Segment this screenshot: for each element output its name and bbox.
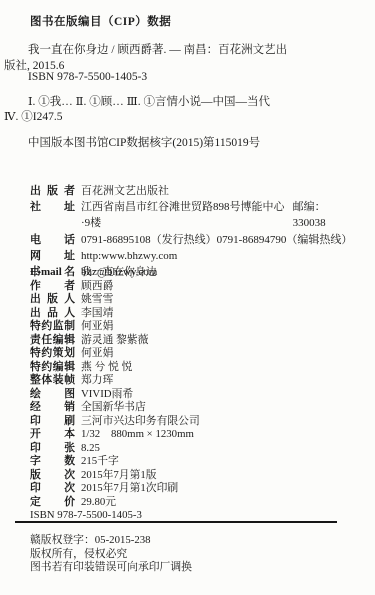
field-label: 印次 [30,482,75,496]
field-value: VIVID雨希 [81,388,133,402]
copyright-notice: 版权所有，侵权必究 [30,548,375,562]
field-label: 网址 [30,248,75,264]
cip-classification-line1: Ⅰ. ①我… Ⅱ. ①顾… Ⅲ. ①言情小说—中国—当代 [0,95,375,110]
postal-code: 邮编：330038 [293,199,355,231]
row-special-supervisor: 特约监制 何亚娟 [0,320,375,334]
field-label: 整体装帧 [30,374,75,388]
field-value: 1/32 880mm × 1230mm [81,428,194,442]
row-special-planner: 特约策划 何亚娟 [0,347,375,361]
field-label: 绘图 [30,388,75,402]
row-address: 社址 江西省南昌市红谷滩世贸路898号博能中心·9楼 邮编：330038 [0,199,375,231]
row-phone: 电话 0791-86895108（发行热线）0791-86894790（编辑热线… [0,232,375,248]
cip-record-number: 中国版本图书馆CIP数据核字(2015)第115019号 [0,134,375,150]
field-value: 何亚娟 [81,320,113,334]
field-label: 字数 [30,455,75,469]
copyright-page: 图书在版编目（CIP）数据 我一直在你身边 / 顾西爵著. — 南昌：百花洲文艺… [0,0,375,595]
field-value: 何亚娟 [81,347,113,361]
row-special-editor: 特约编辑 燕 兮 悦 悦 [0,361,375,375]
row-author: 作者 顾西爵 [0,280,375,294]
field-label: 定价 [30,496,75,510]
field-label: 印张 [30,442,75,456]
row-word-count: 字数 215千字 [0,455,375,469]
cip-header: 图书在版编目（CIP）数据 [30,13,171,29]
field-value: 游灵通 黎紫薇 [81,334,148,348]
field-label: 社址 [30,199,75,215]
row-sheets: 印张 8.25 [0,442,375,456]
field-value: 三河市兴达印务有限公司 [81,415,200,429]
field-label: 出品人 [30,307,75,321]
row-format: 开本 1/32 880mm × 1230mm [0,428,375,442]
row-responsible-editor: 责任编辑 游灵通 黎紫薇 [0,334,375,348]
field-value: http:www.bhzwy.com [81,248,177,264]
row-distributor: 经销 全国新华书店 [0,401,375,415]
field-value: 姚雪雪 [81,293,113,307]
field-value: 江西省南昌市红谷滩世贸路898号博能中心·9楼 [81,199,293,231]
field-value: 215千字 [81,455,119,469]
row-impression: 印次 2015年7月第1次印刷 [0,482,375,496]
field-value: 我一直在你身边 [81,266,157,280]
field-value: 8.25 [81,442,100,456]
cip-entry-line1: 我一直在你身边 / 顾西爵著. — 南昌：百花洲文艺出 [0,43,375,59]
divider-rule [15,521,337,523]
field-label: 出版者 [30,183,75,199]
field-label: 特约编辑 [30,361,75,375]
field-label: 版次 [30,469,75,483]
field-value: 燕 兮 悦 悦 [81,361,132,375]
footer-block: 赣版权登字：05-2015-238 版权所有，侵权必究 图书若有印装错误可向承印… [0,534,375,575]
misprint-exchange-notice: 图书若有印装错误可向承印厂调换 [30,561,375,575]
field-label: 开本 [30,428,75,442]
field-value: 2015年7月第1版 [81,469,157,483]
row-printer: 印刷 三河市兴达印务有限公司 [0,415,375,429]
row-publisher: 出版者 百花洲文艺出版社 [0,183,375,199]
field-value: 0791-86895108（发行热线）0791-86894790（编辑热线） [81,232,352,248]
row-website: 网址 http:www.bhzwy.com [0,248,375,264]
field-value: 顾西爵 [81,280,113,294]
field-label: 作者 [30,280,75,294]
field-label: 经销 [30,401,75,415]
book-info-block: 书名 我一直在你身边 作者 顾西爵 出版人 姚雪雪 出品人 李国靖 特约监制 何… [0,266,375,523]
field-value: 李国靖 [81,307,113,321]
cip-entry: 我一直在你身边 / 顾西爵著. — 南昌：百花洲文艺出 版社, 2015.6 [0,43,375,74]
field-label: 特约监制 [30,320,75,334]
row-producer: 出品人 李国靖 [0,307,375,321]
field-label: 责任编辑 [30,334,75,348]
field-label: 书名 [30,266,75,280]
field-label: 出版人 [30,293,75,307]
copyright-registration: 赣版权登字：05-2015-238 [30,534,375,548]
row-designer: 整体装帧 郑力珲 [0,374,375,388]
field-label: 印刷 [30,415,75,429]
cip-classification: Ⅰ. ①我… Ⅱ. ①顾… Ⅲ. ①言情小说—中国—当代 Ⅳ. ①I247.5 [0,95,375,125]
field-label: 电话 [30,232,75,248]
field-value: 郑力珲 [81,374,113,388]
row-edition: 版次 2015年7月第1版 [0,469,375,483]
row-illustrator: 绘图 VIVID雨希 [0,388,375,402]
field-value: 29.80元 [81,496,116,510]
row-book-title: 书名 我一直在你身边 [0,266,375,280]
cip-classification-line2: Ⅳ. ①I247.5 [0,110,375,125]
field-value: 2015年7月第1次印刷 [81,482,178,496]
field-value: 百花洲文艺出版社 [81,183,169,199]
field-label: 特约策划 [30,347,75,361]
row-price: 定价 29.80元 [0,496,375,510]
field-value: 全国新华书店 [81,401,146,415]
row-publisher-person: 出版人 姚雪雪 [0,293,375,307]
cip-isbn: ISBN 978-7-5500-1405-3 [0,71,375,83]
